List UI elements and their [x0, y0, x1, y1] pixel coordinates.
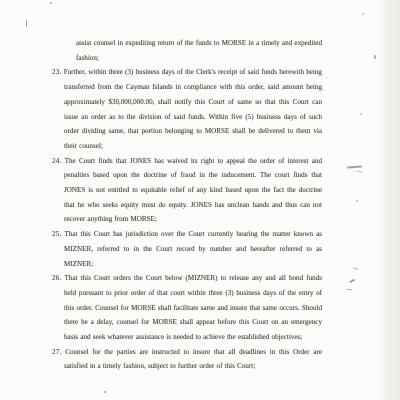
- scan-artifact-speck: [50, 2, 52, 4]
- paragraph-24: 24. The Court finds that JONES has waive…: [52, 154, 322, 228]
- paragraph-23: 23. Further, within three (3) business d…: [52, 65, 322, 153]
- paragraph-25-text: That this Court has jurisdiction over th…: [64, 230, 322, 267]
- scan-artifact-scratch: [356, 170, 362, 172]
- scan-artifact-speck: [362, 13, 364, 15]
- paragraph-27: 27. Counsel for the parties are instruct…: [52, 345, 322, 374]
- paragraph-27-text: Counsel for the parties are instructed t…: [64, 348, 322, 371]
- scan-artifact-speck: [356, 200, 358, 202]
- paragraph-26-text: That this Court orders the Court below (…: [64, 274, 322, 341]
- scan-artifact-mark: [347, 289, 352, 291]
- scan-artifact-mark: [353, 267, 358, 270]
- paragraph-continuation: assist counsel in expediting return of t…: [52, 36, 322, 65]
- order-text-block: assist counsel in expediting return of t…: [52, 36, 322, 374]
- scan-artifact-speck: [104, 391, 106, 393]
- paragraph-23-text: Further, within three (3) business days …: [64, 68, 322, 150]
- paragraph-25-number: 25.: [52, 230, 61, 238]
- scanned-court-order-page: assist counsel in expediting return of t…: [0, 0, 400, 400]
- scan-artifact-mark: [349, 279, 355, 283]
- paragraph-24-text: The Court finds that JONES has waived it…: [64, 157, 322, 224]
- scan-artifact-mark: [373, 55, 376, 59]
- paragraph-26-number: 26.: [52, 274, 61, 282]
- paragraph-24-number: 24.: [52, 157, 61, 165]
- scan-artifact-speck: [360, 113, 362, 115]
- scan-artifact-pencil-tick: [26, 20, 27, 27]
- paragraph-26: 26. That this Court orders the Court bel…: [52, 271, 322, 345]
- paragraph-23-number: 23.: [52, 68, 61, 76]
- paragraph-25: 25. That this Court has jurisdiction ove…: [52, 227, 322, 271]
- paragraph-27-number: 27.: [52, 348, 61, 356]
- scan-page-edge: [390, 0, 400, 400]
- scan-artifact-scratch: [347, 165, 362, 168]
